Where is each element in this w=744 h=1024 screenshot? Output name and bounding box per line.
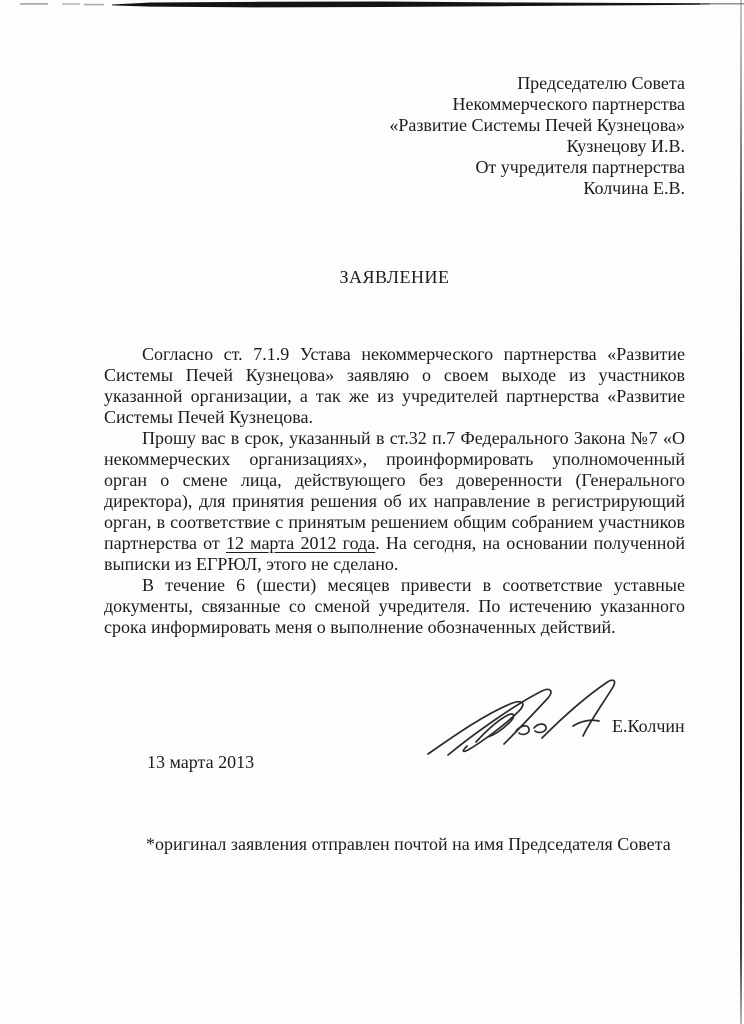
body-paragraph-1: Согласно ст. 7.1.9 Устава некоммерческог… bbox=[104, 344, 685, 428]
scanned-document-page: Председателю Совета Некоммерческого парт… bbox=[0, 0, 744, 1024]
recipient-line: Некоммерческого партнерства bbox=[389, 94, 685, 115]
signatory-name: Е.Колчин bbox=[612, 716, 685, 737]
body-paragraph-2: Прошу вас в срок, указанный в ст.32 п.7 … bbox=[104, 428, 685, 575]
recipient-line: Председателю Совета bbox=[389, 73, 685, 94]
underlined-decision-date: 12 марта 2012 года bbox=[226, 533, 375, 553]
recipient-line: «Развитие Системы Печей Кузнецова» bbox=[389, 115, 685, 136]
handwritten-signature bbox=[424, 674, 624, 759]
recipient-line: Колчина Е.В. bbox=[389, 178, 685, 199]
recipient-block: Председателю Совета Некоммерческого парт… bbox=[389, 73, 685, 199]
body-paragraph-3: В течение 6 (шести) месяцев привести в с… bbox=[104, 575, 685, 638]
document-body: Согласно ст. 7.1.9 Устава некоммерческог… bbox=[104, 344, 685, 638]
scan-artifact-top-streak bbox=[0, 0, 744, 10]
footnote: *оригинал заявления отправлен почтой на … bbox=[146, 834, 671, 855]
document-title: ЗАЯВЛЕНИЕ bbox=[104, 267, 685, 288]
document-date: 13 марта 2013 bbox=[147, 752, 254, 773]
scan-artifact-right-edge bbox=[740, 0, 742, 1024]
recipient-line: Кузнецову И.В. bbox=[389, 136, 685, 157]
recipient-line: От учредителя партнерства bbox=[389, 157, 685, 178]
